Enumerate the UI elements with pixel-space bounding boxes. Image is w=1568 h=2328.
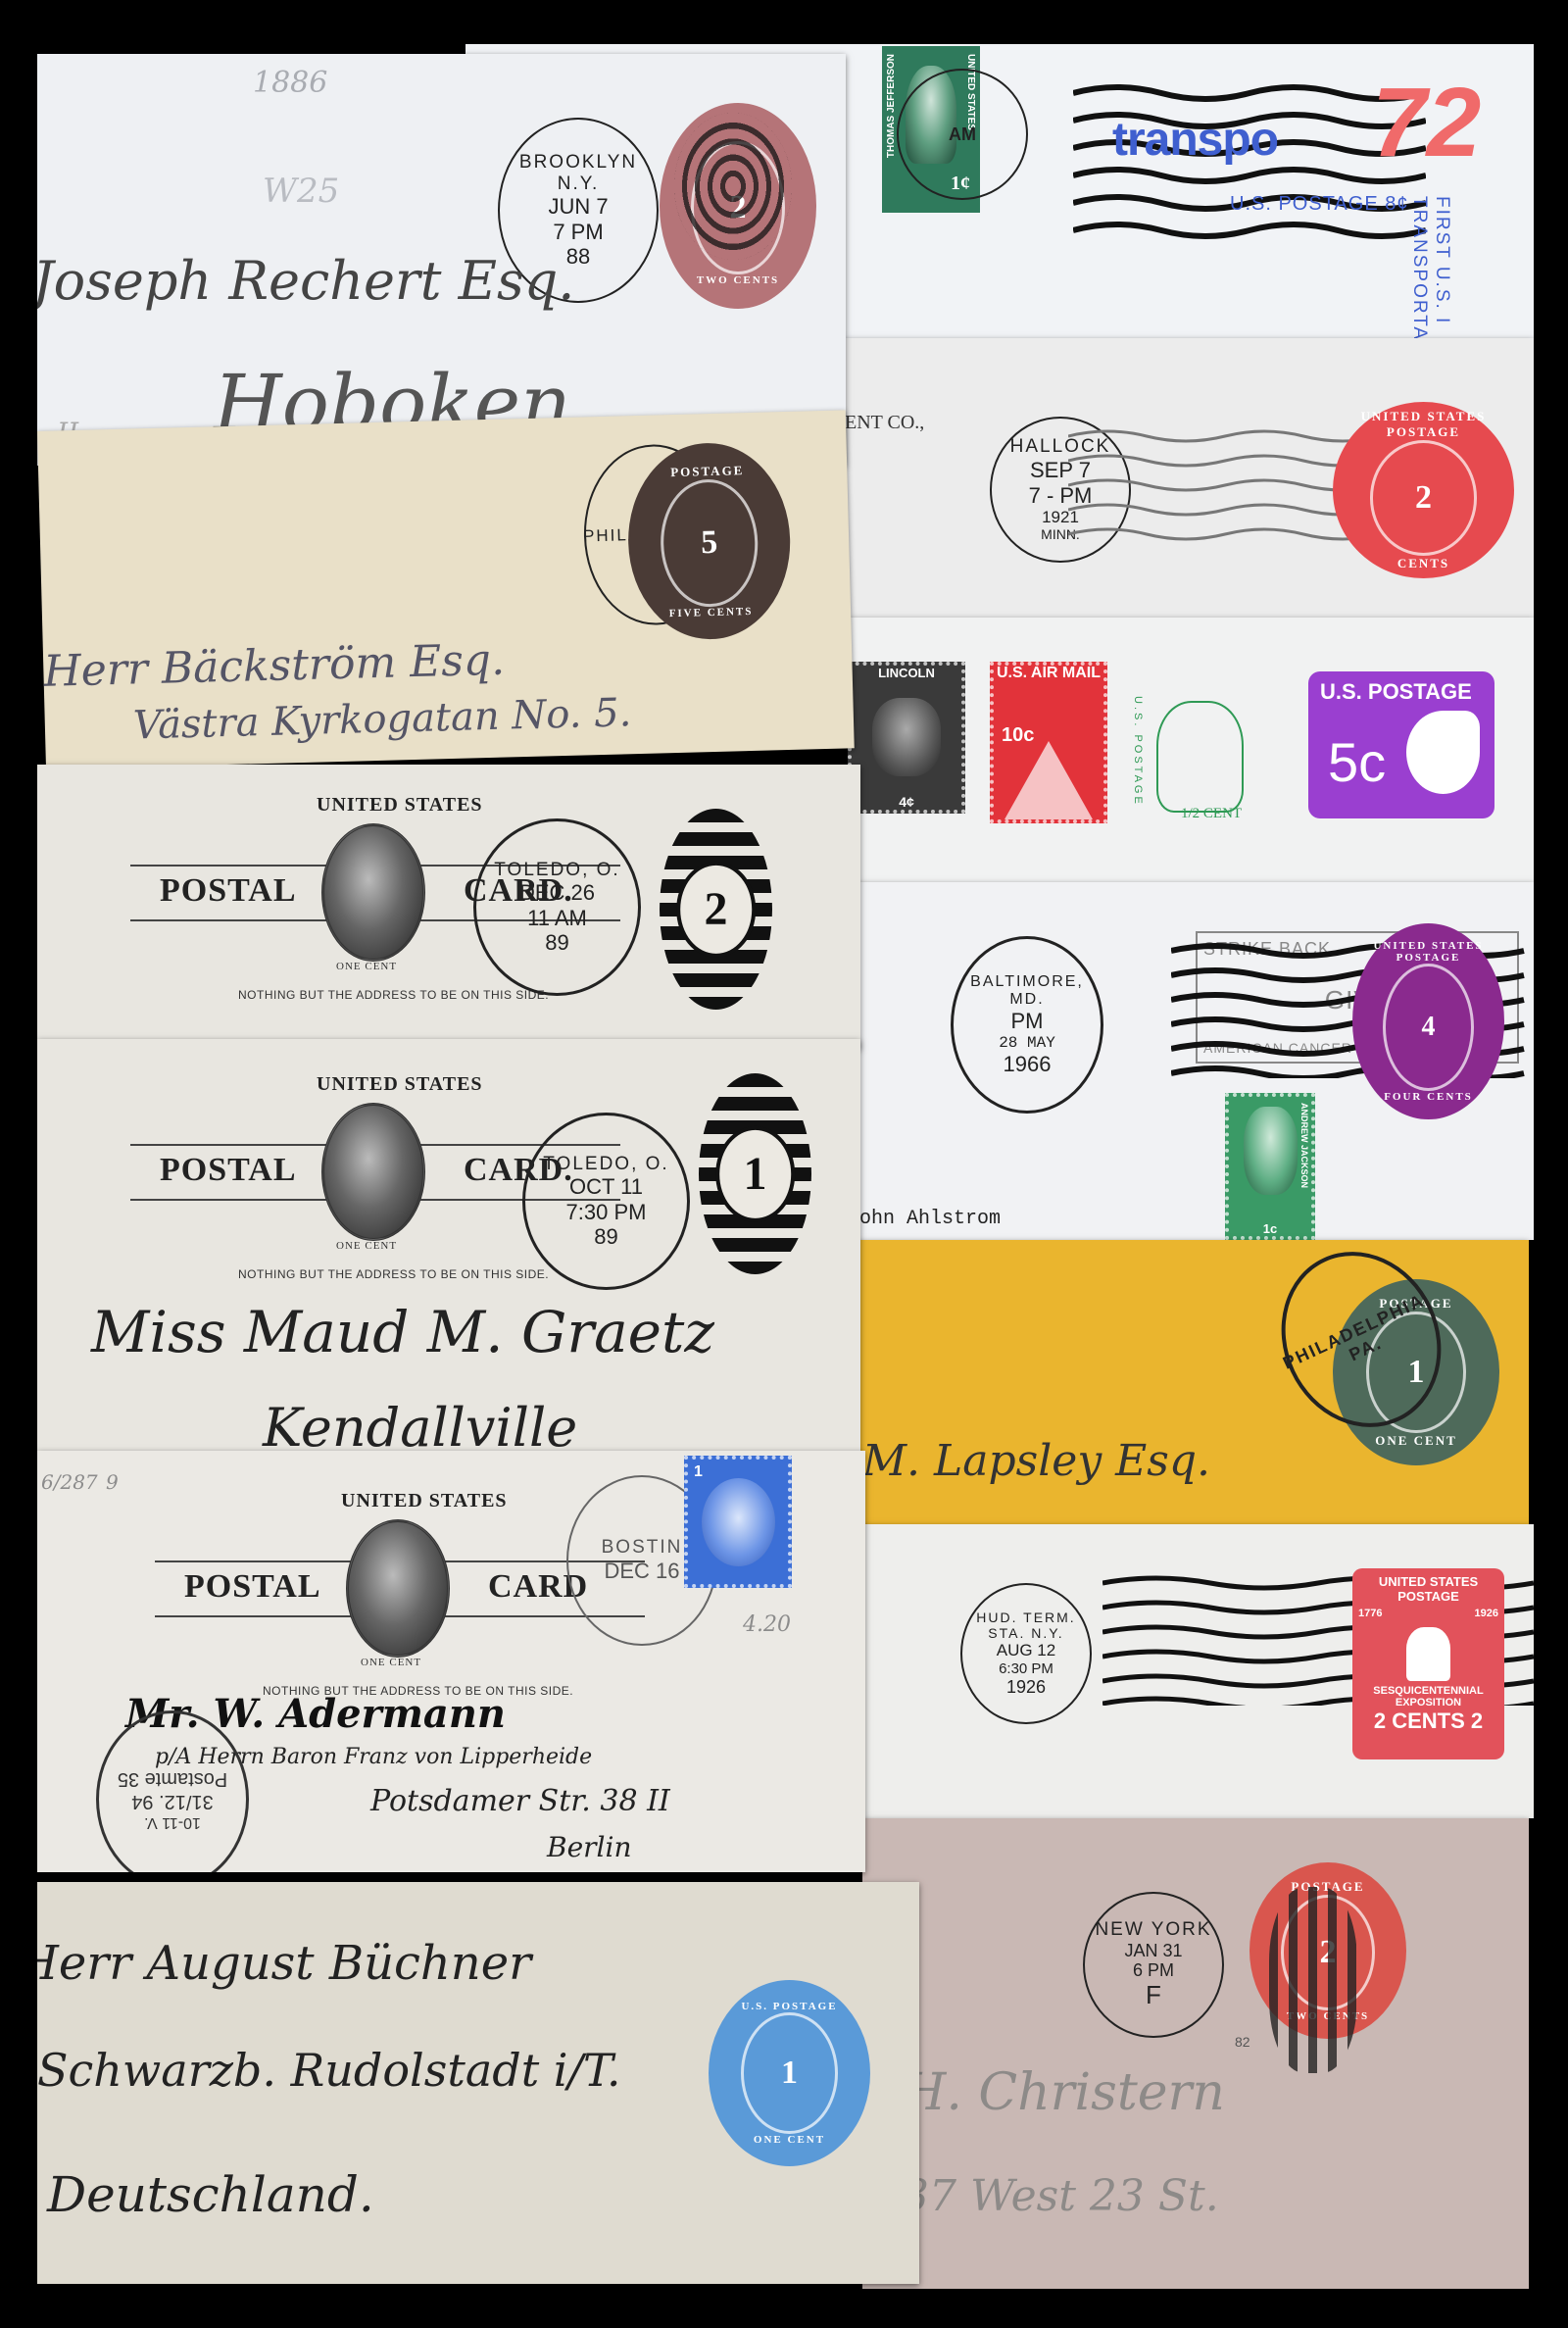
toledo-card-dec: UNITED STATES POSTAL CARD. ONE CENT NOTH… <box>37 765 860 1049</box>
eagle-icon <box>1156 701 1244 813</box>
handwritten-addressee: Joseph Rechert Esq. <box>37 250 574 312</box>
jefferson-postmark: AM <box>897 69 1028 200</box>
handwritten-country: Deutschland. <box>47 2166 374 2223</box>
two-cent-indicia: UNITED STATES POSTAGE 2 CENTS <box>1333 402 1514 578</box>
hud-term-postmark: HUD. TERM. STA. N.Y. AUG 12 6:30 PM 1926 <box>960 1583 1092 1724</box>
handwritten-address: M. Lapsley Esq. <box>862 1436 1210 1486</box>
stamp-name: THOMAS JEFFERSON <box>886 54 897 158</box>
handwritten-addressee: Miss Maud M. Graetz <box>91 1299 714 1365</box>
corner-card-text: ENT CO., <box>845 412 924 434</box>
barred-cancel <box>1269 1887 1357 2073</box>
toledo-card-oct: UNITED STATES POSTAL CARD. ONE CENT NOTH… <box>37 1039 860 1461</box>
lincoln-portrait <box>872 698 941 776</box>
pencil-note-year: 1886 <box>253 66 327 100</box>
hallock-cover: ENT CO., HALLOCK SEP 7 7 - PM 1921 MINN.… <box>843 338 1534 622</box>
transpo-72-logo: 72 <box>1372 74 1481 172</box>
vertical-text-1: FIRST U.S. I <box>1431 196 1452 324</box>
new-york-cover: NEW YORK JAN 31 6 PM F 82 POSTAGE 2 TWO … <box>862 1818 1529 2289</box>
handwritten-name: H. Christern <box>902 2063 1225 2122</box>
sesquicentennial-cover: HUD. TERM. STA. N.Y. AUG 12 6:30 PM 1926… <box>853 1524 1534 1818</box>
philadelphia-cover: PHILADELPHIA POSTAGE 5 FIVE CENTS Herr B… <box>37 410 855 768</box>
brooklyn-cover: 1886 W25 II BROOKLYN N.Y. JUN 7 7 PM 88 … <box>37 54 846 466</box>
wavy-cancel <box>1068 426 1362 544</box>
typed-address: John Ahlstrom <box>857 1208 1001 1230</box>
four-cent-indicia: UNITED STATES POSTAGE 4 FOUR CENTS <box>1352 923 1504 1119</box>
eagle-head-icon <box>1406 711 1480 794</box>
one-cent-blue-indicia: U.S. POSTAGE 1 ONE CENT <box>709 1980 870 2166</box>
target-cancel <box>674 113 792 260</box>
jefferson-portrait <box>321 1103 425 1241</box>
airmail-cover: LINCOLN 4¢ U.S. AIR MAIL 10c U.S. POSTAG… <box>848 618 1534 887</box>
airmail-stamp: U.S. AIR MAIL 10c <box>990 662 1107 823</box>
duplex-killer: 1 <box>699 1073 811 1274</box>
handwritten-addressee: Herr August Büchner <box>37 1936 531 1991</box>
lincoln-stamp: LINCOLN 4¢ <box>848 662 965 814</box>
jackson-portrait <box>1244 1107 1298 1195</box>
baltimore-postmark: BALTIMORE, MD. PM 28 MAY 1966 <box>951 936 1103 1114</box>
handwritten-city: Schwarzb. Rudolstadt i/T. <box>37 2044 621 2097</box>
handwritten-city: Kendallville <box>263 1397 577 1459</box>
pencil-note-price: 4.20 <box>743 1612 791 1637</box>
jefferson-portrait <box>321 823 425 962</box>
eagle-half-cent-stamp: U.S. POSTAGE 1/2 CENT <box>1132 696 1249 833</box>
handwritten-street: Västra Kyrkogatan No. 5. <box>132 690 632 748</box>
liberty-bell-icon <box>1406 1627 1450 1681</box>
handwritten-street: 37 West 23 St. <box>902 2171 1219 2221</box>
toledo-postmark: TOLEDO, O. OCT 11 7:30 PM 89 <box>522 1113 690 1290</box>
jefferson-portrait <box>346 1519 450 1658</box>
handwritten-city: Berlin <box>547 1831 631 1863</box>
handwritten-addressee: Herr Bäckström Esq. <box>43 635 506 697</box>
postage-caption: U.S. POSTAGE 8¢ <box>1230 193 1408 216</box>
transpo-logo: transpo <box>1112 113 1278 167</box>
jackson-stamp: ANDREW JACKSON 1c <box>1225 1093 1315 1240</box>
sesquicentennial-indicia: UNITED STATES POSTAGE 1776 1926 SESQUICE… <box>1352 1568 1504 1759</box>
franklin-portrait <box>702 1478 775 1566</box>
philadelphia-yellow-cover: POSTAGE 1 ONE CENT PHILADELPHIA, PA. M. … <box>853 1240 1529 1524</box>
toledo-postmark: TOLEDO, O. DEC 26 11 AM 89 <box>473 818 641 996</box>
baltimore-cover: BALTIMORE, MD. PM 28 MAY 1966 STRIKE BAC… <box>857 882 1534 1240</box>
rudolstadt-cover: Herr August Büchner Schwarzb. Rudolstadt… <box>37 1882 919 2284</box>
pencil-note-code: W25 <box>263 172 339 211</box>
stars-triangle <box>1004 741 1093 819</box>
postmark-year: 82 <box>1235 2034 1250 2050</box>
new-york-postmark: NEW YORK JAN 31 6 PM F <box>1083 1892 1224 2038</box>
franklin-one-cent-stamp: 1 <box>684 1456 792 1588</box>
eagle-5c-indicia: U.S. POSTAGE 5c <box>1308 671 1494 818</box>
pencil-note-ref: 6/287 <box>41 1470 98 1494</box>
handwritten-street: Potsdamer Str. 38 II <box>370 1784 670 1818</box>
boston-card: 6/287 9 4.20 UNITED STATES POSTAL CARD O… <box>37 1451 865 1872</box>
vertical-text-2: TRANSPORTAT <box>1408 196 1430 343</box>
duplex-killer: 2 <box>660 809 772 1010</box>
